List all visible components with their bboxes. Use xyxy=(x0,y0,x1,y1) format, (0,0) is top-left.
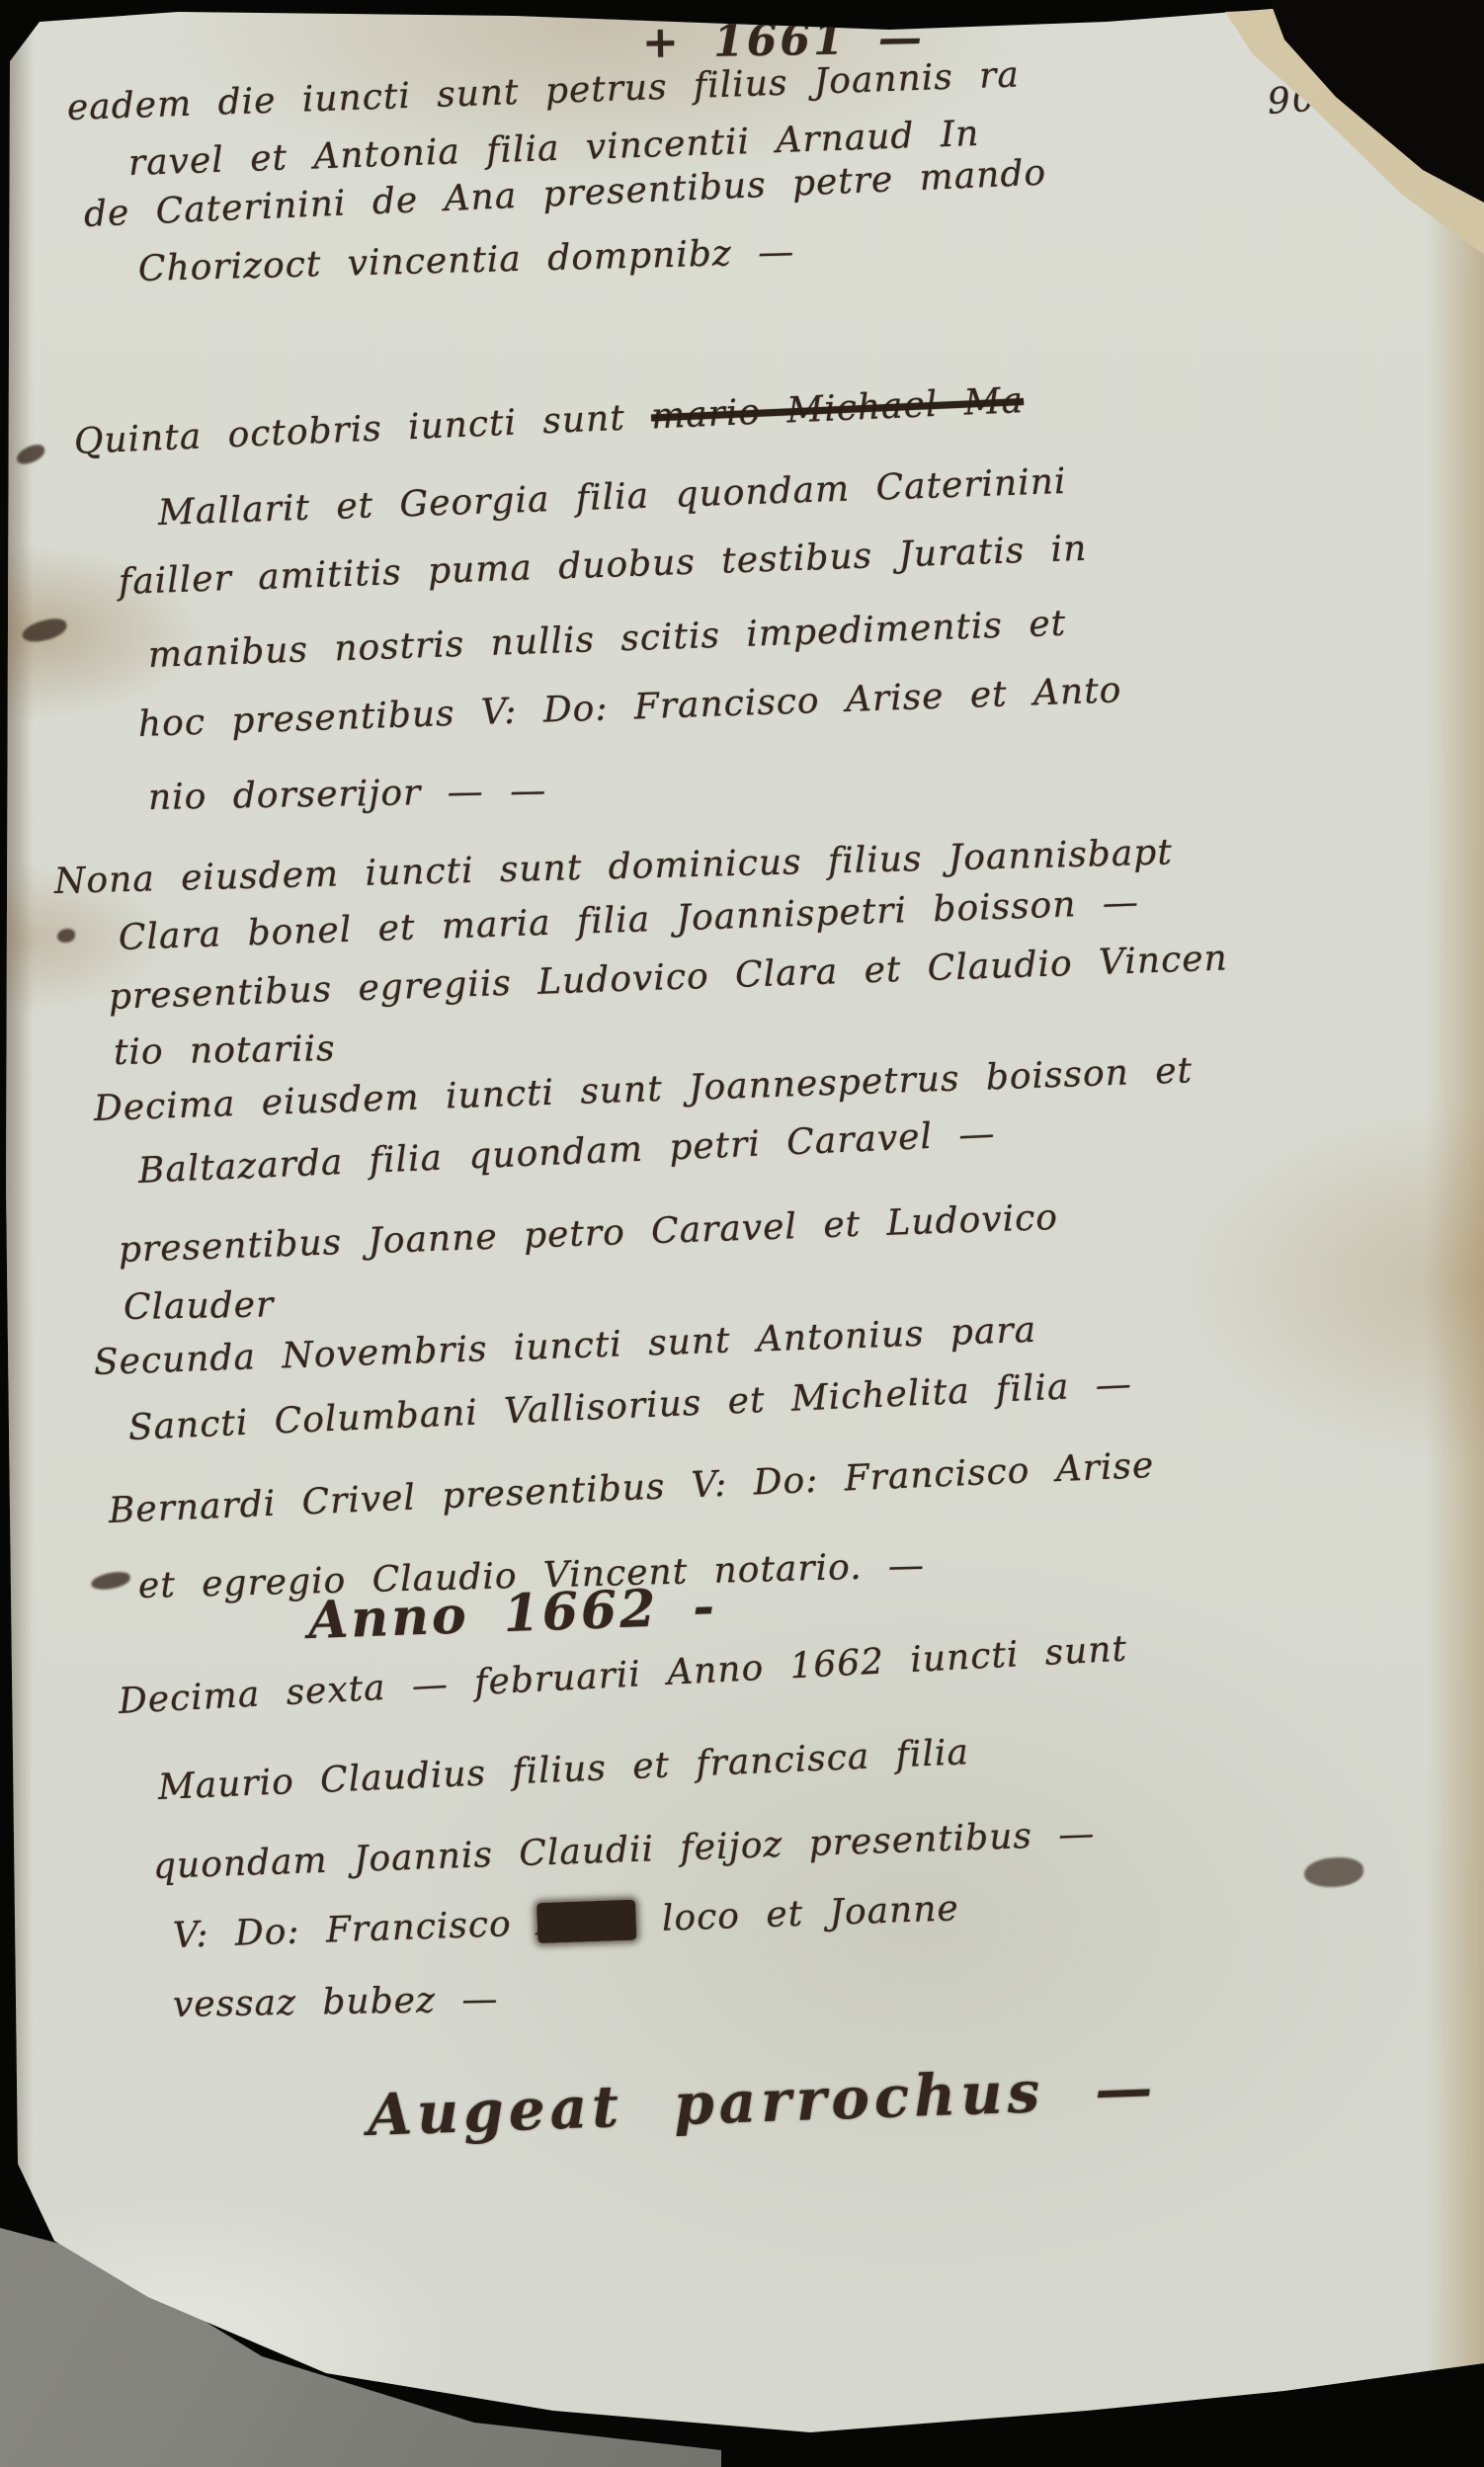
record-line-text: Quinta octobris iuncti sunt xyxy=(73,397,652,462)
record-line: Chorizoct vincentia dompnibz — xyxy=(138,235,795,288)
ink-blotted-text: Arise xyxy=(536,1900,636,1943)
manuscript-page: + 1661 — 90 eadem die iuncti sunt petrus… xyxy=(0,0,1484,2467)
record-line: hoc presentibus V: Do: Francisco Arise e… xyxy=(137,673,1122,743)
priest-signature: Augeat parrochus — xyxy=(367,2059,1158,2144)
ink-smudge xyxy=(20,616,68,644)
ink-smudge xyxy=(57,929,75,943)
record-line-text: loco et Joanne xyxy=(635,1888,960,1939)
record-line: Maurio Claudius filius et francisca fili… xyxy=(157,1735,969,1806)
record-line: Bernardi Crivel presentibus V: Do: Franc… xyxy=(108,1448,1155,1529)
record-line: failler amititis puma duobus testibus Ju… xyxy=(118,532,1088,601)
struck-text: mario Michael Ma xyxy=(650,380,1025,437)
record-line-text: V: Do: Francisco xyxy=(172,1903,538,1956)
record-line: Quinta octobris iuncti sunt mario Michae… xyxy=(73,383,1025,460)
ink-smudge xyxy=(1304,1857,1363,1887)
ink-smudge xyxy=(90,1570,131,1591)
manuscript-scan: + 1661 — 90 eadem die iuncti sunt petrus… xyxy=(0,0,1484,2467)
record-line: tio notariis xyxy=(114,1031,336,1071)
record-line: Mallarit et Georgia filia quondam Cateri… xyxy=(157,464,1067,532)
record-line: Clauder xyxy=(124,1287,275,1326)
ink-smudge xyxy=(14,442,47,466)
record-line: V: Do: Francisco Arise loco et Joanne xyxy=(172,1891,959,1954)
year-heading: + 1661 — xyxy=(642,17,926,65)
record-line: vessaz bubez — xyxy=(173,1982,499,2023)
record-line: Baltazarda filia quondam petri Caravel — xyxy=(137,1116,996,1190)
record-line: manibus nostris nullis scitis impediment… xyxy=(147,607,1066,674)
record-line: nio dorserijor — — xyxy=(148,774,547,816)
record-line: Sancti Columbani Vallisorius et Michelit… xyxy=(127,1367,1132,1446)
anno-heading: Anno 1662 - xyxy=(307,1582,718,1647)
record-line: presentibus Joanne petro Caravel et Ludo… xyxy=(118,1200,1058,1269)
record-line: quondam Joannis Claudii feijoz presentib… xyxy=(152,1817,1095,1885)
record-line: Decima sexta — februarii Anno 1662 iunct… xyxy=(118,1632,1128,1720)
